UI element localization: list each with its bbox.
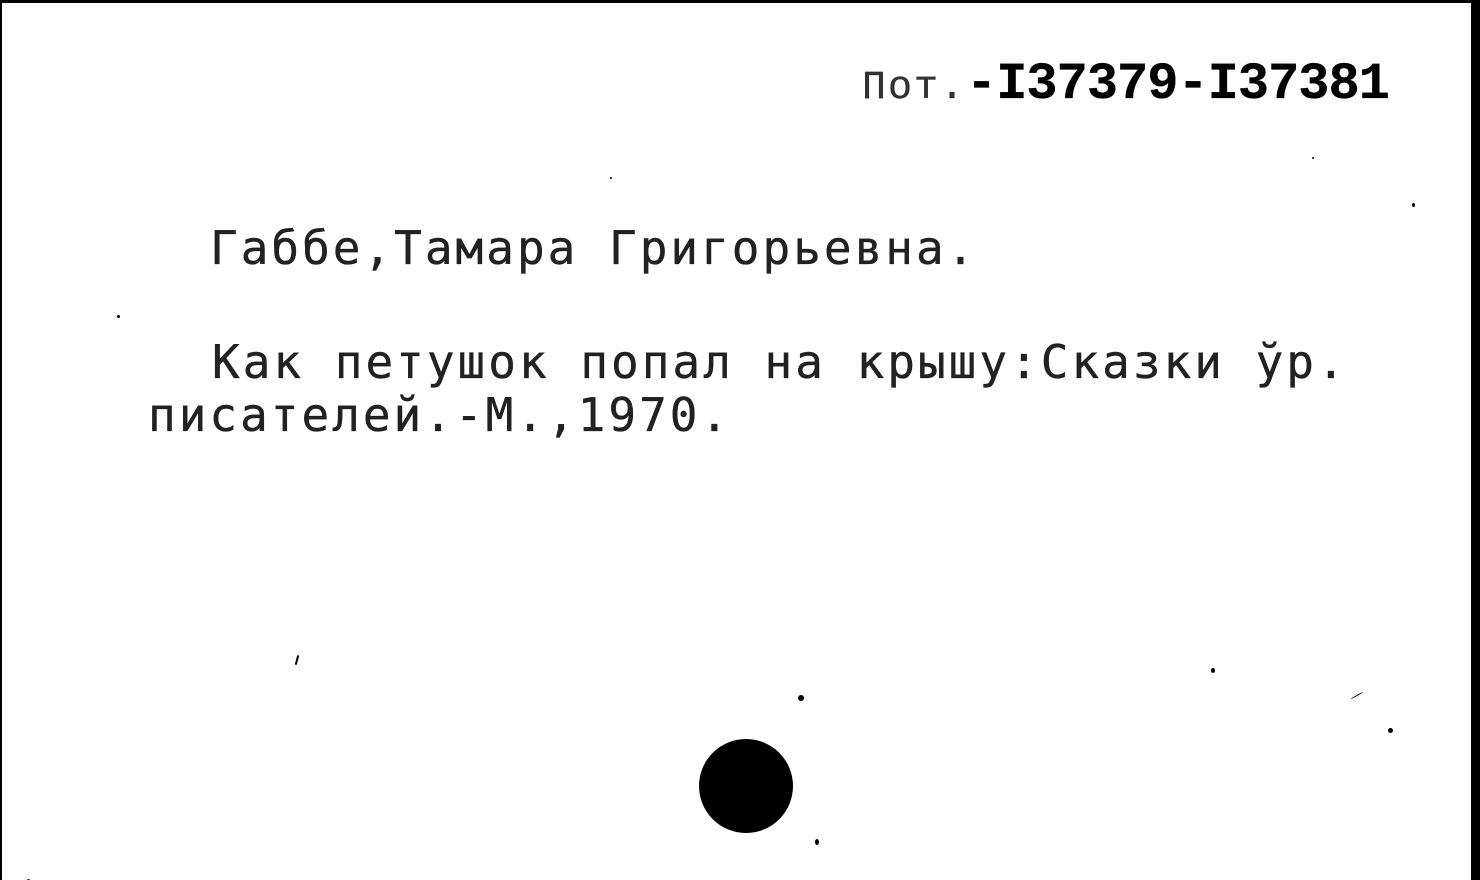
scan-speck xyxy=(798,695,804,701)
scan-speck xyxy=(295,655,300,665)
scan-speck xyxy=(1388,728,1393,733)
scan-speck xyxy=(1312,157,1314,159)
scan-speck xyxy=(815,839,819,845)
punch-hole xyxy=(699,739,793,833)
title-line-1: Как петушок попал на крышу:Сказки ўр. xyxy=(212,335,1348,389)
title-line-2: писателей.-М.,1970. xyxy=(148,388,731,442)
scan-speck xyxy=(1351,692,1364,700)
call-number: Пот.-I37379-I37381 xyxy=(862,55,1389,114)
scan-speck xyxy=(1211,668,1215,673)
call-number-range: -I37379-I37381 xyxy=(966,55,1389,114)
scan-speck xyxy=(1412,203,1415,207)
scan-speck xyxy=(117,315,120,318)
author-heading: Габбе,Тамара Григорьевна. xyxy=(210,221,977,275)
catalog-card: Пот.-I37379-I37381 Габбе,Тамара Григорье… xyxy=(0,0,1480,880)
scan-speck xyxy=(610,177,612,179)
call-number-prefix: Пот. xyxy=(862,66,966,111)
